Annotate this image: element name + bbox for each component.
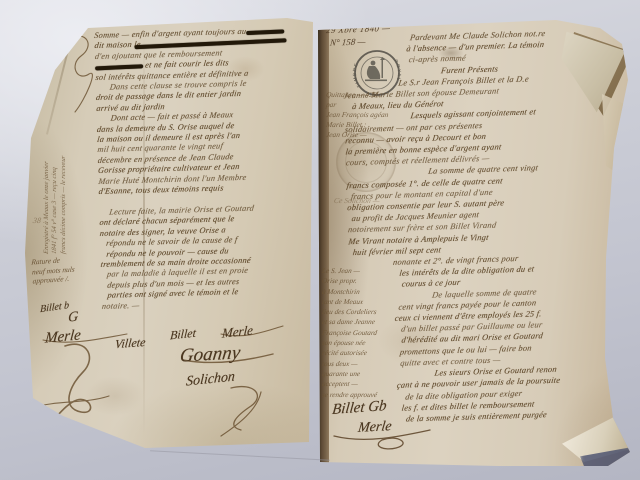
left-document-page: Enregistré à Meaux le onze janvier1841 f…: [25, 16, 313, 448]
page-stack-edge: [620, 40, 640, 454]
signature: Merle: [222, 322, 254, 341]
margin-mark: 38: [33, 216, 41, 225]
signature-paraph-icon: [378, 438, 403, 449]
signature: Billet: [170, 326, 197, 344]
right-document-page: 29 Xbre 1840 — N° 158 — TIMBRE ROYAL Qui…: [318, 16, 638, 468]
handwriting-body: Pardevant Me Claude Solichon not.reà l'a…: [342, 26, 626, 426]
paper-stain: [85, 376, 145, 416]
signature: G: [67, 309, 78, 326]
photo-canvas: Enregistré à Meaux le onze janvier1841 f…: [0, 0, 640, 480]
signature: Merle: [44, 327, 81, 347]
paraph-flourish-icon: [69, 36, 92, 112]
margin-note-line: francs décime compris — le receveur: [60, 93, 68, 254]
signature: Villete: [114, 335, 146, 352]
signature-paraph-icon: [231, 387, 257, 430]
signature: Merle: [357, 419, 392, 437]
ink-strikethrough: [246, 29, 284, 34]
margin-note-line: approuvée /.: [32, 273, 75, 286]
signature: Goanny: [179, 342, 242, 367]
margin-note-line: 1841 f° 54 v° case 3 — reçu cinq: [51, 93, 59, 254]
margin-note-vertical: Enregistré à Meaux le onze janvier1841 f…: [43, 94, 68, 254]
signature-paraph-icon: [221, 392, 261, 436]
surface-scratch: [150, 450, 330, 460]
signature: Solichon: [186, 369, 236, 390]
margin-note-rature: Rature deneuf mots nulsapprouvée /.: [31, 255, 76, 286]
paraph-flourish-icon: [47, 344, 91, 426]
handwriting-body: Somme — enfin d'argent ayant toujours au…: [94, 25, 314, 312]
signature: Billet b: [40, 300, 69, 315]
